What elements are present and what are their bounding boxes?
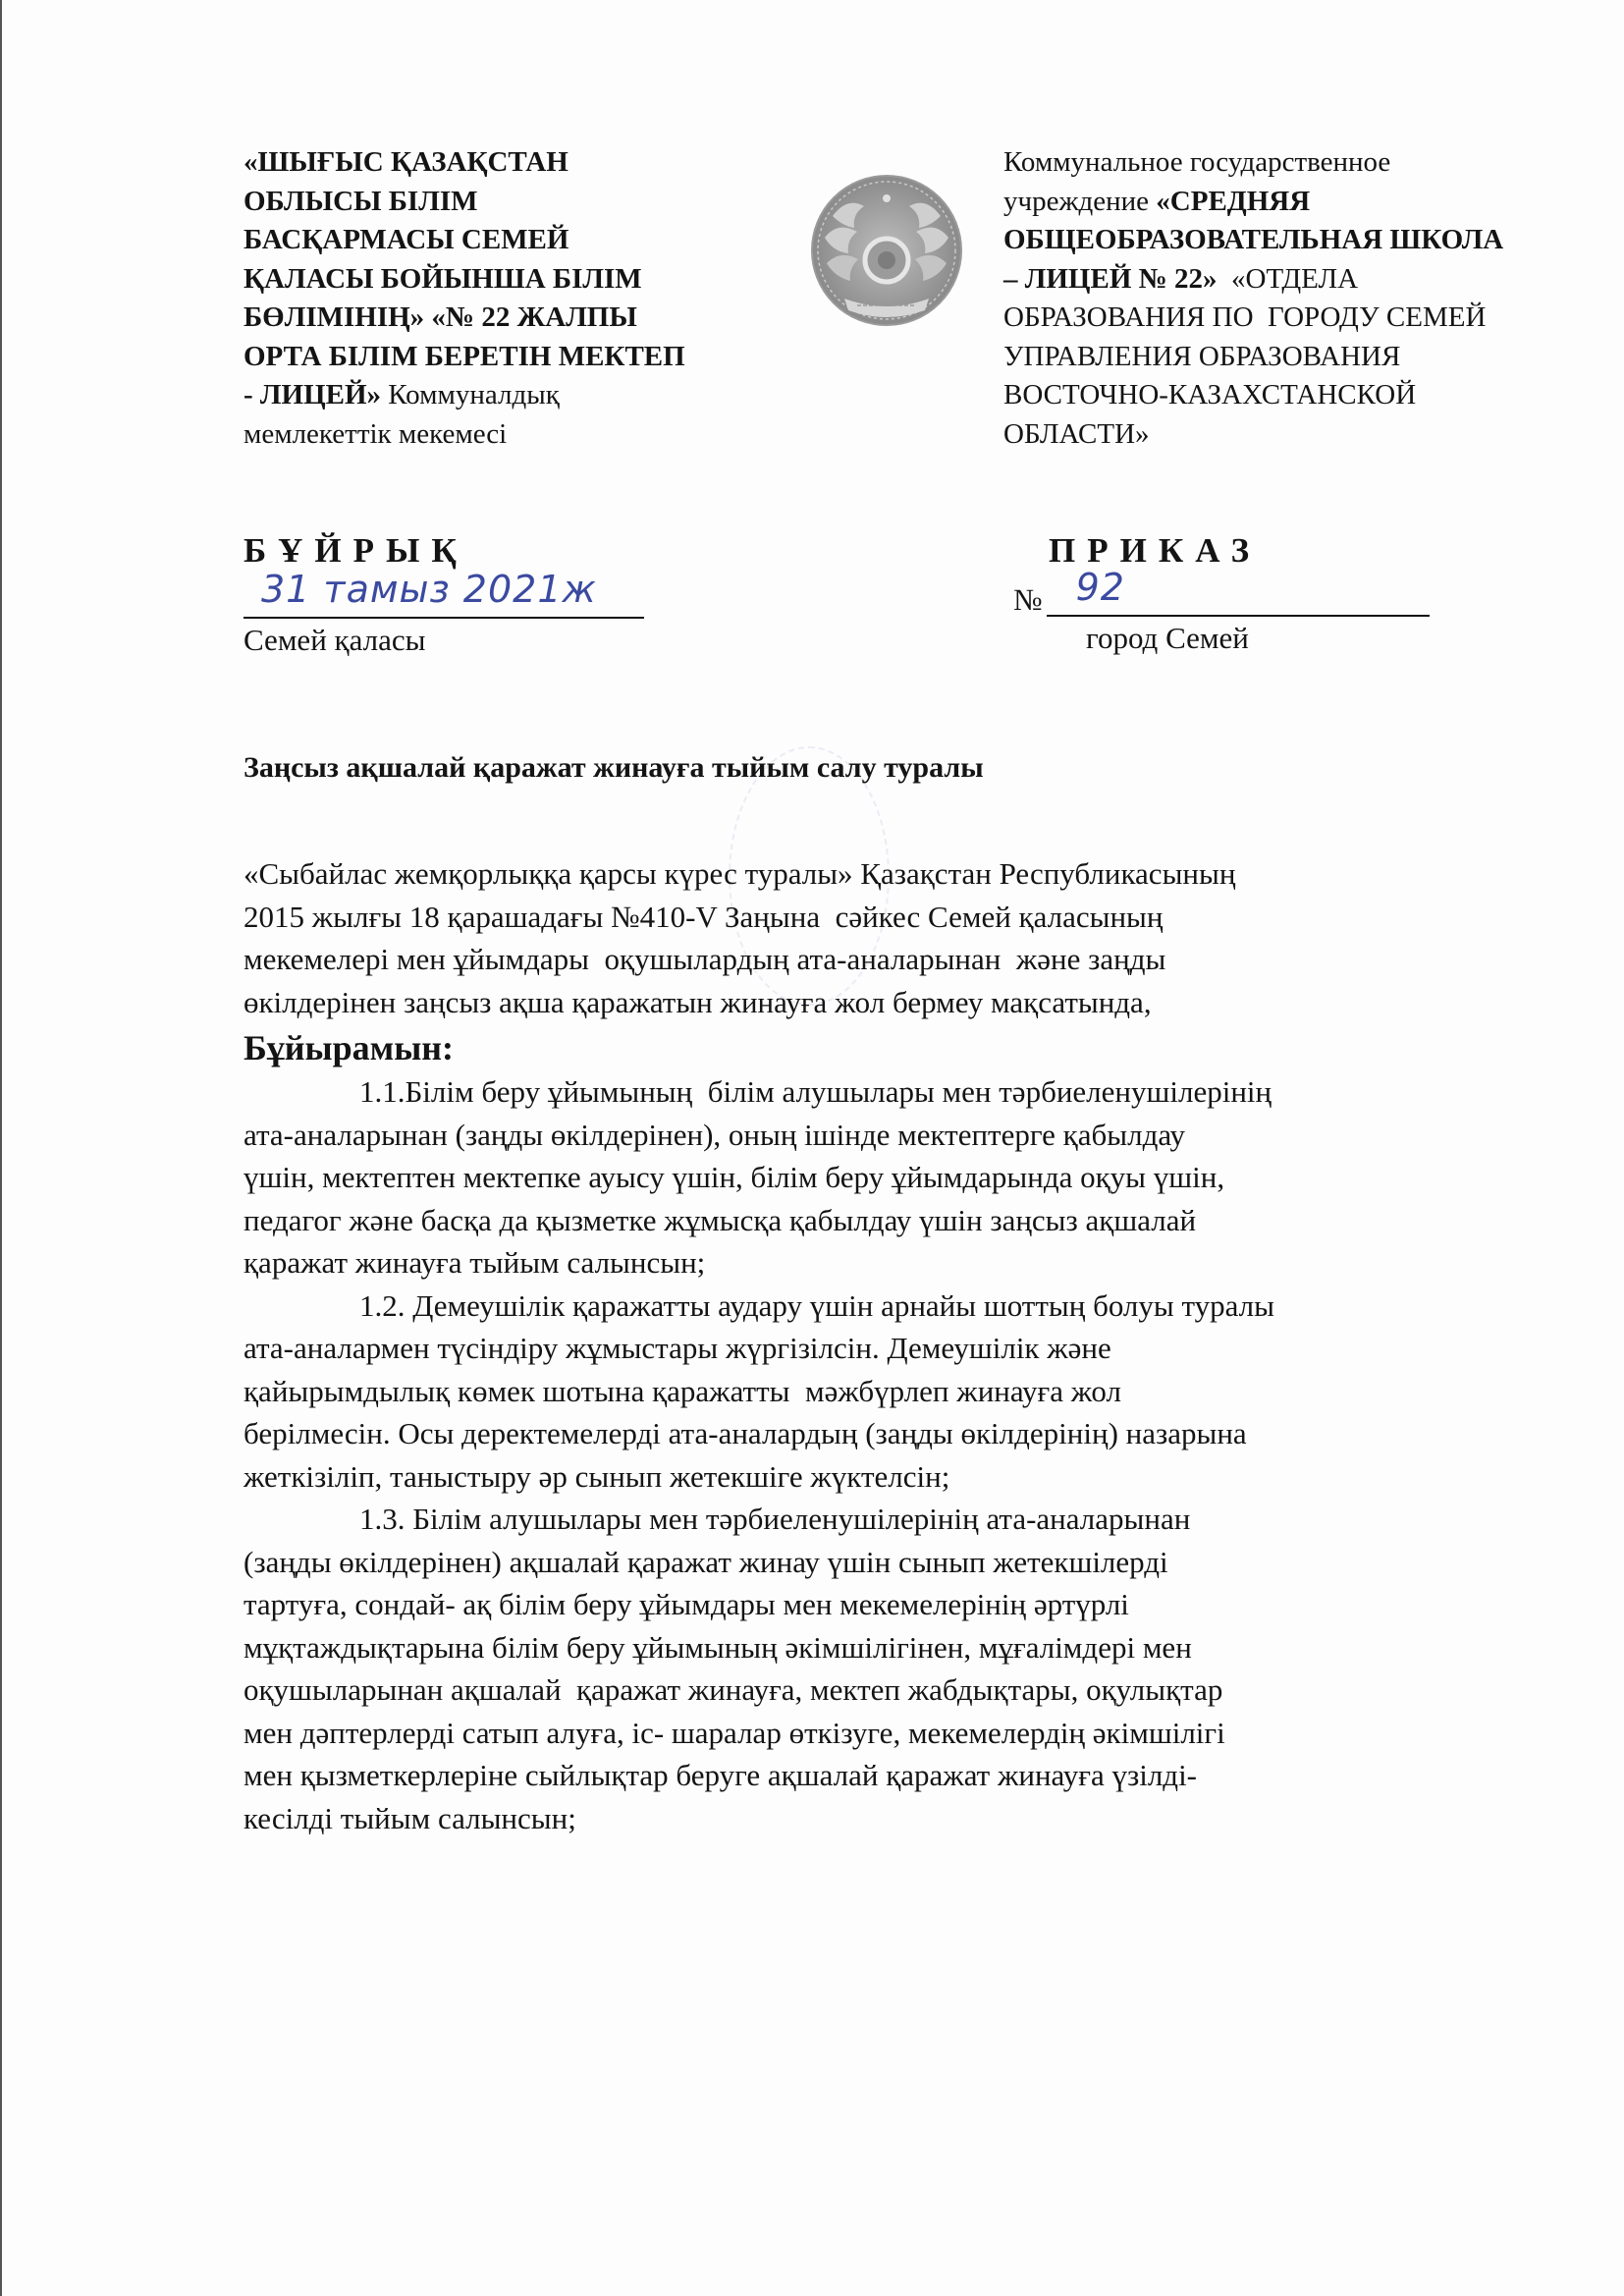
header-ru-line: учреждение «СРЕДНЯЯ: [1003, 183, 1573, 222]
item-line: (заңды өкілдерінен) ақшалай қаражат жина…: [244, 1541, 1520, 1584]
number-sign: №: [1013, 583, 1043, 617]
header-ru-line: ВОСТОЧНО-КАЗАХСТАНСКОЙ: [1003, 376, 1573, 415]
header-kz-line: ОРТА БІЛІМ БЕРЕТІН МЕКТЕП: [244, 338, 754, 377]
item-line: берілмесін. Осы деректемелерді ата-анала…: [244, 1412, 1520, 1455]
header-ru-line: ОБЛАСТИ»: [1003, 415, 1573, 455]
item-line: мұқтаждықтарына білім беру ұйымының әкім…: [244, 1626, 1520, 1669]
item-line: мен дәптерлерді сатып алуға, іс- шаралар…: [244, 1712, 1520, 1755]
item-line: қаражат жинауға тыйым салынсын;: [244, 1241, 1520, 1285]
city-russian: город Семей: [1086, 619, 1445, 658]
header-kazakh: «ШЫҒЫС ҚАЗАҚСТАН ОБЛЫСЫ БІЛІМ БАСҚАРМАСЫ…: [244, 143, 754, 454]
item-line: қайырымдылық көмек шотына қаражатты мәжб…: [244, 1370, 1520, 1413]
preamble: «Сыбайлас жемқорлыққа қарсы күрес туралы…: [244, 852, 1520, 1023]
header-kz-line: БӨЛІМІНІҢ» «№ 22 ЖАЛПЫ: [244, 299, 754, 338]
header-kz-line: ОБЛЫСЫ БІЛІМ: [244, 183, 754, 222]
item-line: тартуға, сондай- ақ білім беру ұйымдары …: [244, 1583, 1520, 1626]
item-line: кесілді тыйым салынсын;: [244, 1797, 1520, 1840]
document-subject: Заңсыз ақшалай қаражат жинауға тыйым сал…: [244, 748, 984, 788]
header-kz-line: БАСҚАРМАСЫ СЕМЕЙ: [244, 221, 754, 260]
item-line: педагог және басқа да қызметке жұмысқа қ…: [244, 1199, 1520, 1242]
document-body: «Сыбайлас жемқорлыққа қарсы күрес туралы…: [244, 852, 1520, 1839]
order-item-1-3: 1.3. Білім алушылары мен тәрбиеленушілер…: [244, 1498, 1520, 1839]
item-line: ата-аналарынан (заңды өкілдерінен), оның…: [244, 1114, 1520, 1157]
header-ru-school-start: «СРЕДНЯЯ: [1156, 186, 1310, 217]
item-line: оқушыларынан ақшалай қаражат жинауға, ме…: [244, 1668, 1520, 1712]
handwritten-number: 92: [1076, 566, 1125, 609]
document-page: «ШЫҒЫС ҚАЗАҚСТАН ОБЛЫСЫ БІЛІМ БАСҚАРМАСЫ…: [0, 0, 1624, 2296]
header-ru-lyceum: – ЛИЦЕЙ № 22»: [1003, 263, 1218, 295]
item-line: 1.2. Демеушілік қаражатты аудару үшін ар…: [244, 1285, 1520, 1328]
header-ru-line: Коммунальное государственное: [1003, 143, 1573, 183]
number-field: 92: [1047, 570, 1430, 617]
header-russian: Коммунальное государственное учреждение …: [1003, 143, 1573, 454]
order-item-1-1: 1.1.Білім беру ұйымының білім алушылары …: [244, 1070, 1520, 1285]
item-line: үшін, мектептен мектепке ауысу үшін, біл…: [244, 1156, 1520, 1199]
date-field: 31 тамыз 2021ж: [244, 572, 644, 619]
item-line: жеткізіліп, таныстыру әр сынып жетекшіге…: [244, 1455, 1520, 1499]
item-line: ата-аналармен түсіндіру жұмыстары жүргіз…: [244, 1327, 1520, 1370]
header-kz-lyceum: - ЛИЦЕЙ»: [244, 379, 381, 410]
header-ru-department: «ОТДЕЛА: [1218, 263, 1359, 295]
preamble-line: өкілдерінен заңсыз ақша қаражатын жинауғ…: [244, 981, 1520, 1024]
preamble-line: 2015 жылғы 18 қарашадағы №410-V Заңына с…: [244, 896, 1520, 939]
order-heading: Бұйырамын:: [244, 1025, 1520, 1070]
preamble-line: «Сыбайлас жемқорлыққа қарсы күрес туралы…: [244, 852, 1520, 896]
order-block-russian: ПРИКАЗ № 92 город Семей: [1013, 530, 1445, 658]
order-item-1-2: 1.2. Демеушілік қаражатты аудару үшін ар…: [244, 1285, 1520, 1499]
header-kz-line: ҚАЛАСЫ БОЙЫНША БІЛІМ: [244, 260, 754, 300]
header-ru-line: ОБРАЗОВАНИЯ ПО ГОРОДУ СЕМЕЙ: [1003, 299, 1573, 338]
header-ru-line: ОБЩЕОБРАЗОВАТЕЛЬНАЯ ШКОЛА: [1003, 221, 1573, 260]
header-ru-line: УПРАВЛЕНИЯ ОБРАЗОВАНИЯ: [1003, 338, 1573, 377]
order-title-kazakh: БҰЙРЫҚ: [244, 530, 656, 572]
order-block-kazakh: БҰЙРЫҚ 31 тамыз 2021ж Семей қаласы: [244, 530, 656, 660]
preamble-line: мекемелері мен ұйымдары оқушылардың ата-…: [244, 938, 1520, 981]
header-ru-institution: учреждение: [1003, 186, 1156, 217]
item-line: мен қызметкерлеріне сыйлықтар беруге ақш…: [244, 1754, 1520, 1797]
order-number-row: № 92: [1013, 572, 1445, 617]
item-line: 1.1.Білім беру ұйымының білім алушылары …: [244, 1070, 1520, 1114]
item-line: 1.3. Білім алушылары мен тәрбиеленушілер…: [244, 1498, 1520, 1541]
header-ru-line: – ЛИЦЕЙ № 22» «ОТДЕЛА: [1003, 260, 1573, 300]
header-kz-line: - ЛИЦЕЙ» Коммуналдық: [244, 376, 754, 415]
header-kz-communal: Коммуналдық: [381, 379, 560, 410]
header-kz-line: «ШЫҒЫС ҚАЗАҚСТАН: [244, 143, 754, 183]
handwritten-date: 31 тамыз 2021ж: [261, 568, 597, 611]
state-emblem-icon: [803, 167, 970, 334]
city-kazakh: Семей қаласы: [244, 621, 656, 660]
header-kz-line: мемлекеттік мекемесі: [244, 415, 754, 455]
